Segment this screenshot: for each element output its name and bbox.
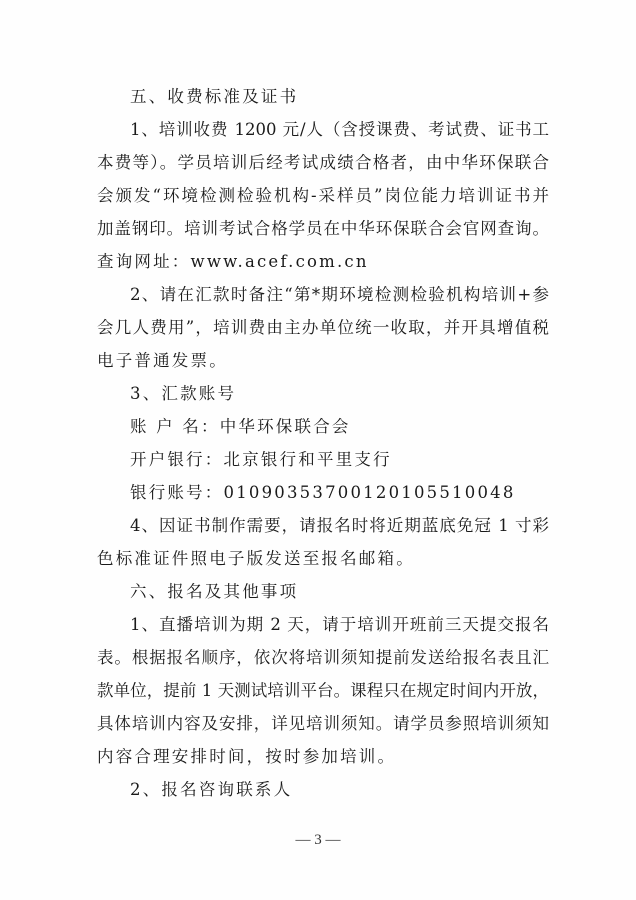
page-number: — 3 —: [0, 832, 636, 849]
paragraph-line: 1、直播培训为期 2 天，请于培训开班前三天提交报名: [97, 608, 549, 641]
bank-name-line: 开户银行：北京银行和平里支行: [97, 443, 549, 476]
subheading-remittance-account: 3、汇款账号: [97, 377, 549, 410]
paragraph-training-fee: 1、培训收费 1200 元/人（含授课费、考试费、证书工 本费等）。学员培训后经…: [97, 113, 549, 278]
paragraph-line: 加盖钢印。培训考试合格学员在中华环保联合会官网查询。: [97, 212, 549, 245]
paragraph-line: 款单位，提前 1 天测试培训平台。课程只在规定时间内开放，: [97, 674, 549, 707]
paragraph-live-training: 1、直播培训为期 2 天，请于培训开班前三天提交报名 表。根据报名顺序，依次将培…: [97, 608, 549, 773]
section-heading-fees-certificate: 五、收费标准及证书: [97, 80, 549, 113]
paragraph-line: 会几人费用”，培训费由主办单位统一收取，并开具增值税: [97, 311, 549, 344]
paragraph-remittance-note: 2、请在汇款时备注“第*期环境检测检验机构培训+参 会几人费用”，培训费由主办单…: [97, 278, 549, 377]
document-body: 五、收费标准及证书 1、培训收费 1200 元/人（含授课费、考试费、证书工 本…: [97, 80, 549, 806]
paragraph-line: 内容合理安排时间，按时参加培训。: [97, 740, 549, 773]
subheading-registration-contact: 2、报名咨询联系人: [97, 773, 549, 806]
paragraph-line: 色标准证件照电子版发送至报名邮箱。: [97, 542, 549, 575]
paragraph-line: 表。根据报名顺序，依次将培训须知提前发送给报名表且汇: [97, 641, 549, 674]
paragraph-certificate-photo: 4、因证书制作需要，请报名时将近期蓝底免冠 1 寸彩 色标准证件照电子版发送至报…: [97, 509, 549, 575]
document-page: 五、收费标准及证书 1、培训收费 1200 元/人（含授课费、考试费、证书工 本…: [0, 0, 636, 900]
paragraph-line: 电子普通发票。: [97, 344, 549, 377]
paragraph-line: 会颁发“环境检测检验机构-采样员”岗位能力培训证书并: [97, 179, 549, 212]
section-heading-registration: 六、报名及其他事项: [97, 575, 549, 608]
paragraph-line: 具体培训内容及安排，详见培训须知。请学员参照培训须知: [97, 707, 549, 740]
bank-account-details: 账 户 名：中华环保联合会 开户银行：北京银行和平里支行 银行账号：010903…: [97, 410, 549, 509]
paragraph-line: 2、请在汇款时备注“第*期环境检测检验机构培训+参: [97, 278, 549, 311]
paragraph-line: 4、因证书制作需要，请报名时将近期蓝底免冠 1 寸彩: [97, 509, 549, 542]
bank-account-number-line: 银行账号：01090353700120105510048: [97, 476, 549, 509]
paragraph-line: 1、培训收费 1200 元/人（含授课费、考试费、证书工: [97, 113, 549, 146]
query-url-line: 查询网址：www.acef.com.cn: [97, 245, 549, 278]
account-name-line: 账 户 名：中华环保联合会: [97, 410, 549, 443]
paragraph-line: 本费等）。学员培训后经考试成绩合格者，由中华环保联合: [97, 146, 549, 179]
